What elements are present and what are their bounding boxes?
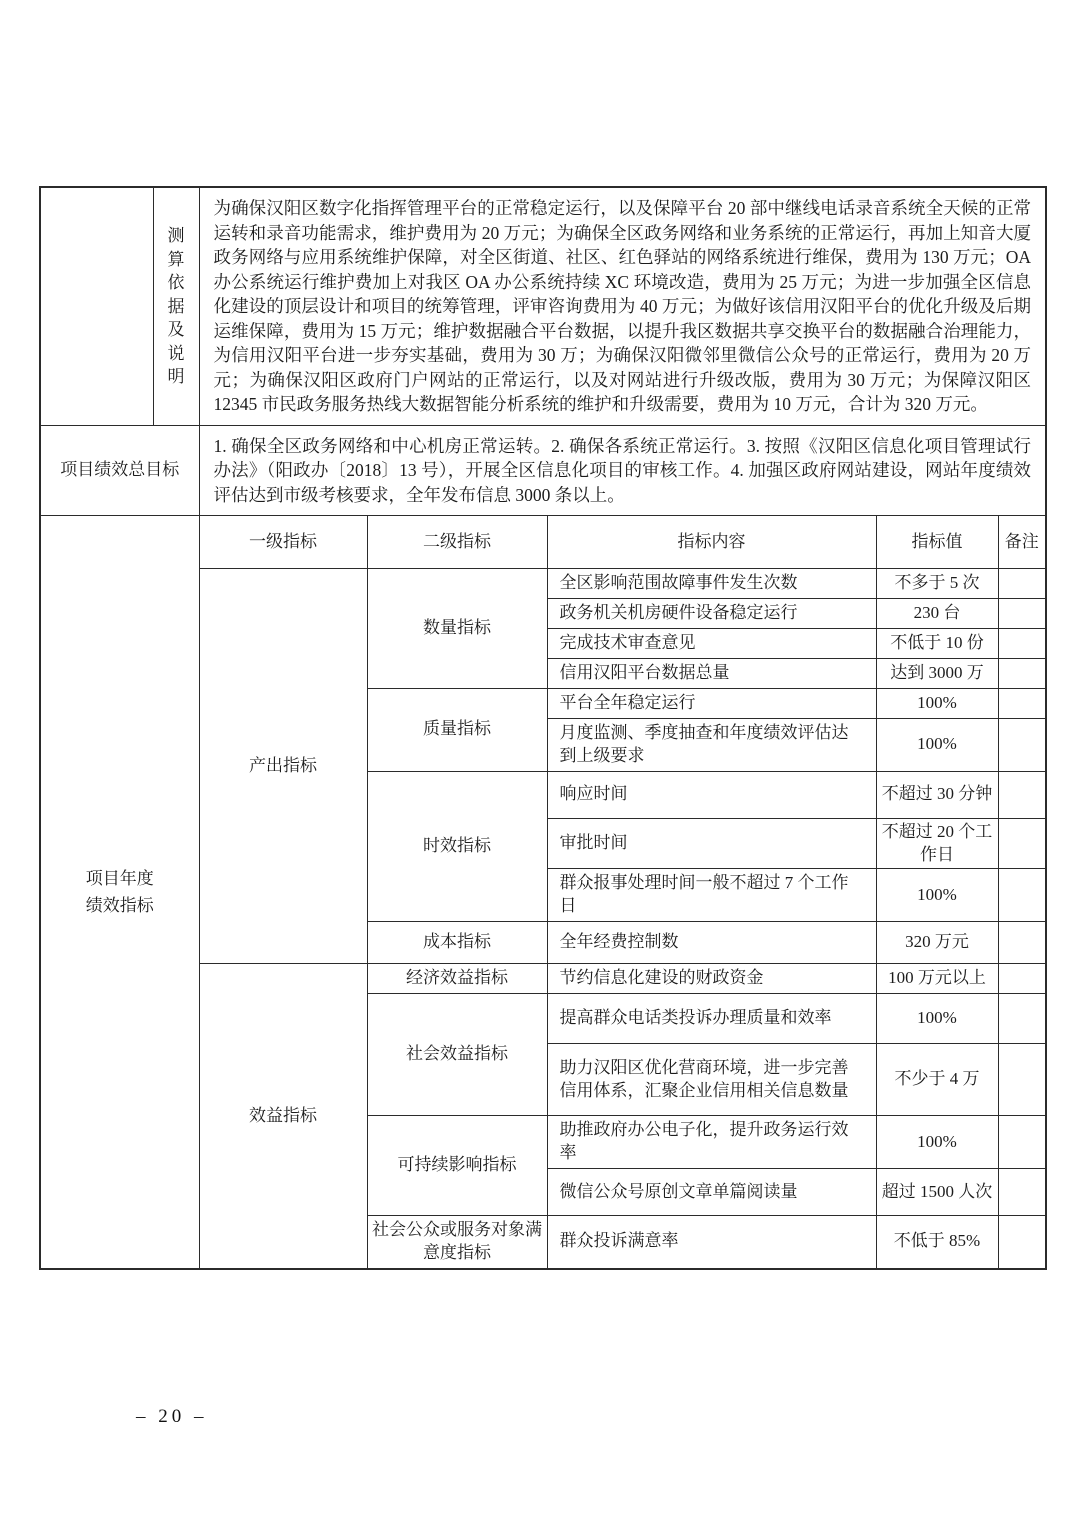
indicator-content: 完成技术审查意见 [547, 628, 876, 658]
indicator-value: 不超过 20 个工作日 [876, 818, 998, 869]
header-note: 备注 [998, 516, 1046, 569]
level2-economic: 经济效益指标 [367, 964, 547, 994]
level2-satisfaction: 社会公众或服务对象满意度指标 [367, 1216, 547, 1269]
indicator-content: 群众投诉满意率 [547, 1216, 876, 1269]
indicator-content: 节约信息化建设的财政资金 [547, 964, 876, 994]
note-cell [998, 598, 1046, 628]
level1-output: 产出指标 [199, 569, 367, 964]
note-cell [998, 1044, 1046, 1116]
indicator-content: 提高群众电话类投诉办理质量和效率 [547, 994, 876, 1044]
indicator-content: 月度监测、季度抽查和年度绩效评估达到上级要求 [547, 718, 876, 771]
note-cell [998, 1216, 1046, 1269]
indicator-value: 不低于 10 份 [876, 628, 998, 658]
indicator-content: 全区影响范围故障事件发生次数 [547, 569, 876, 599]
indicator-value: 不低于 85% [876, 1216, 998, 1269]
indicator-value: 100% [876, 869, 998, 922]
note-cell [998, 569, 1046, 599]
note-cell [998, 658, 1046, 688]
indicator-content: 全年经费控制数 [547, 922, 876, 964]
note-cell [998, 771, 1046, 818]
note-cell [998, 994, 1046, 1044]
level2-quantity: 数量指标 [367, 569, 547, 689]
note-cell [998, 922, 1046, 964]
indicator-content: 审批时间 [547, 818, 876, 869]
level2-timeliness: 时效指标 [367, 771, 547, 922]
performance-table: 测算依据及说明 为确保汉阳区数字化指挥管理平台的正常稳定运行，以及保障平台 20… [39, 186, 1047, 1270]
indicator-value: 100% [876, 1116, 998, 1169]
indicator-value: 100% [876, 994, 998, 1044]
indicator-value: 不超过 30 分钟 [876, 771, 998, 818]
indicator-content: 信用汉阳平台数据总量 [547, 658, 876, 688]
indicator-content: 群众报事处理时间一般不超过 7 个工作日 [547, 869, 876, 922]
indicator-content: 响应时间 [547, 771, 876, 818]
calc-basis-label-cell: 测算依据及说明 [153, 187, 199, 425]
total-goal-text: 1. 确保全区政务网络和中心机房正常运转。2. 确保各系统正常运行。3. 按照《… [199, 425, 1046, 516]
total-goal-row: 项目绩效总目标 1. 确保全区政务网络和中心机房正常运转。2. 确保各系统正常运… [40, 425, 1046, 516]
annual-indicators-label-cell: 项目年度 绩效指标 [40, 516, 199, 1269]
note-cell [998, 1169, 1046, 1216]
indicator-header-row: 项目年度 绩效指标 一级指标 二级指标 指标内容 指标值 备注 [40, 516, 1046, 569]
note-cell [998, 1116, 1046, 1169]
level2-sustainable: 可持续影响指标 [367, 1116, 547, 1216]
indicator-value: 100 万元以上 [876, 964, 998, 994]
calc-basis-row: 测算依据及说明 为确保汉阳区数字化指挥管理平台的正常稳定运行，以及保障平台 20… [40, 187, 1046, 425]
note-cell [998, 628, 1046, 658]
level2-cost: 成本指标 [367, 922, 547, 964]
annual-indicators-label-line1: 项目年度 [45, 865, 195, 892]
level2-social: 社会效益指标 [367, 994, 547, 1116]
indicator-content: 助力汉阳区优化营商环境，进一步完善信用体系，汇聚企业信用相关信息数量 [547, 1044, 876, 1116]
header-level1: 一级指标 [199, 516, 367, 569]
header-level2: 二级指标 [367, 516, 547, 569]
indicator-content: 助推政府办公电子化，提升政务运行效率 [547, 1116, 876, 1169]
indicator-content: 微信公众号原创文章单篇阅读量 [547, 1169, 876, 1216]
note-cell [998, 818, 1046, 869]
indicator-value: 100% [876, 688, 998, 718]
calc-basis-text: 为确保汉阳区数字化指挥管理平台的正常稳定运行，以及保障平台 20 部中继线电话录… [199, 187, 1046, 425]
note-cell [998, 964, 1046, 994]
level2-quality: 质量指标 [367, 688, 547, 771]
indicator-value: 100% [876, 718, 998, 771]
total-goal-label: 项目绩效总目标 [40, 425, 199, 516]
note-cell [998, 688, 1046, 718]
annual-indicators-label-line2: 绩效指标 [45, 892, 195, 919]
header-content: 指标内容 [547, 516, 876, 569]
indicator-content: 平台全年稳定运行 [547, 688, 876, 718]
header-value: 指标值 [876, 516, 998, 569]
calc-basis-label: 测算依据及说明 [167, 224, 186, 389]
level1-benefit: 效益指标 [199, 964, 367, 1269]
indicator-value: 不少于 4 万 [876, 1044, 998, 1116]
indicator-value: 320 万元 [876, 922, 998, 964]
note-cell [998, 718, 1046, 771]
indicator-value: 不多于 5 次 [876, 569, 998, 599]
indicator-value: 达到 3000 万 [876, 658, 998, 688]
note-cell [998, 869, 1046, 922]
indicator-value: 超过 1500 人次 [876, 1169, 998, 1216]
document-page: { "page": { "number": "– 20 –" }, "calc_… [0, 0, 1074, 1520]
indicator-content: 政务机关机房硬件设备稳定运行 [547, 598, 876, 628]
indicator-value: 230 台 [876, 598, 998, 628]
page-number: – 20 – [136, 1406, 208, 1428]
empty-cell [40, 187, 153, 425]
